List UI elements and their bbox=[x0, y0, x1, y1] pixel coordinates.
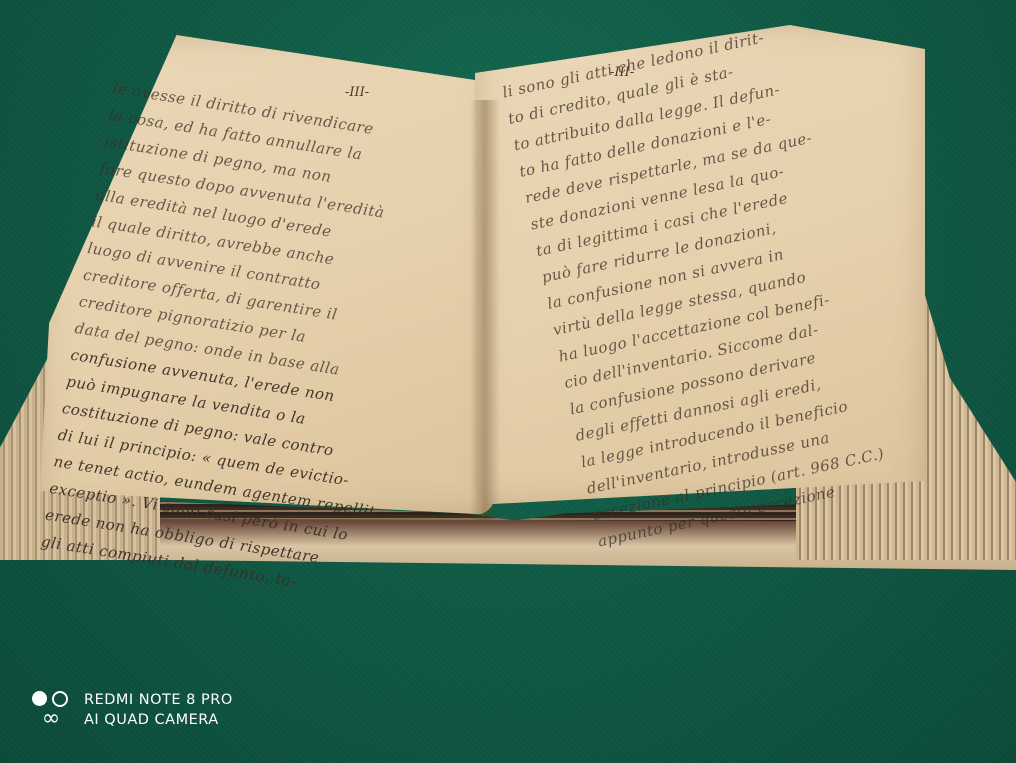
book-gutter bbox=[470, 100, 500, 520]
left-page-handwriting: le avesse il diritto di rivendicare la c… bbox=[39, 75, 471, 611]
redmi-camera-logo-icon: ∞ bbox=[32, 691, 70, 729]
left-page-number: -III- bbox=[345, 85, 369, 100]
camera-watermark: ∞ REDMI NOTE 8 PRO AI QUAD CAMERA bbox=[32, 690, 233, 730]
watermark-model: REDMI NOTE 8 PRO bbox=[84, 690, 233, 710]
watermark-camera: AI QUAD CAMERA bbox=[84, 710, 233, 730]
open-book: -III- -III- le avesse il diritto di rive… bbox=[0, 20, 1016, 560]
